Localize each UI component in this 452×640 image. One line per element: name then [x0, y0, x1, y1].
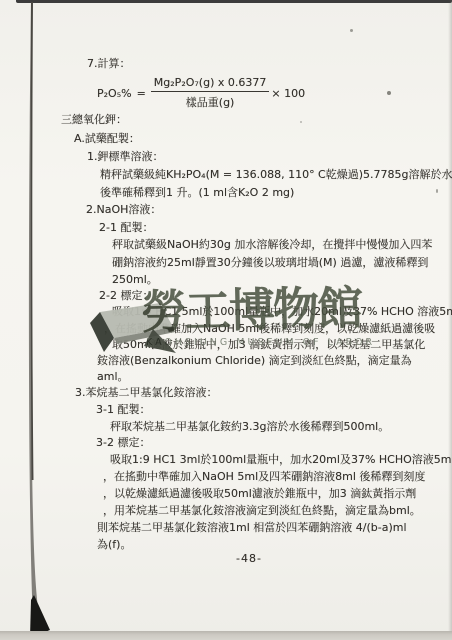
scan-speck [387, 91, 391, 95]
doc-line: 則苯烷基二甲基氯化銨溶液1ml 相當於四苯硼鈉溶液 4/(b-a)ml [97, 521, 407, 534]
heading-item3: 3.苯烷基二甲基氯化銨溶液： [75, 386, 218, 399]
scan-edge-right [448, 0, 452, 640]
doc-line: 為(f)。 [97, 538, 131, 551]
heading-reagent-preparation: A.試藥配製： [74, 132, 140, 145]
doc-line: 精秤試藥級純KH₂PO₄(M = 136.088, 110° C乾燥過)5.77… [100, 168, 452, 181]
heading-item3-1: 3-1 配製： [96, 403, 150, 416]
heading-total-potassium-oxide: 三總氧化鉀： [61, 113, 127, 126]
heading-calculation: 7.計算： [87, 57, 131, 70]
formula-numerator: Mg₂P₂O₇(g) x 0.6377 [151, 76, 270, 92]
doc-line: 秤取苯烷基二甲基氯化銨約3.3g溶於水後稀釋到500ml。 [110, 420, 389, 433]
doc-line: ，用苯烷基二甲基氯化銨溶液滴定到淡紅色終點，滴定量為bml。 [103, 504, 421, 517]
formula-fraction: Mg₂P₂O₇(g) x 0.6377 樣品重(g) [151, 76, 270, 110]
doc-line: 吸取1:9 HC1 5ml於100ml量瓶中，加水20ml及37% HCHO 溶… [112, 305, 452, 318]
doc-line: 秤取試藥級NaOH約30g 加水溶解後冷却，在攪拌中慢慢加入四苯 [112, 238, 432, 251]
scan-speck [300, 121, 302, 123]
formula-equals: = [137, 87, 146, 100]
formula-denominator: 樣品重(g) [186, 92, 235, 110]
doc-line: 250ml。 [112, 273, 158, 286]
scan-edge-bottom [0, 631, 452, 640]
heading-item1: 1.鉀標準溶液： [87, 150, 164, 163]
doc-line: 取50ml濾液於錐瓶中，加3 滴鈦黃指示劑，以苯烷基二甲基氯化 [112, 338, 425, 351]
doc-line: ，在搖動中準確加入NaOH 5ml及四苯硼鈉溶液8ml 後稀釋到刻度 [103, 470, 425, 483]
doc-line: 後準確稀釋到1 升。(1 ml含K₂O 2 mg) [100, 186, 294, 199]
scan-edge-top [16, 0, 452, 3]
formula-p2o5: P₂O₅% = Mg₂P₂O₇(g) x 0.6377 樣品重(g) × 100 [97, 76, 305, 110]
formula-lhs: P₂O₅% [97, 87, 132, 100]
scanned-document-page: 7.計算： P₂O₅% = Mg₂P₂O₇(g) x 0.6377 樣品重(g)… [0, 0, 452, 640]
doc-line: 硼鈉溶液約25ml靜置30分鐘後以玻璃坩堝(M) 過濾，濾液稀釋到 [112, 256, 428, 269]
page-binding-edge [0, 0, 70, 640]
heading-item2: 2.NaOH溶液： [86, 203, 161, 216]
formula-multiplier: × 100 [271, 87, 305, 100]
scan-speck [350, 29, 353, 32]
doc-line: ，在搖動中準確加入NaOH 5ml後稀釋到刻度，以乾燥濾紙過濾後吸 [104, 322, 435, 335]
doc-line: aml。 [97, 370, 129, 383]
page-number: -48- [236, 552, 262, 565]
heading-item3-2: 3-2 標定： [96, 436, 150, 449]
scan-speck [436, 189, 438, 193]
doc-line: 吸取1:9 HC1 3ml於100ml量瓶中，加水20ml及37% HCHO溶液… [110, 453, 452, 466]
doc-line: 銨溶液(Benzalkonium Chloride) 滴定到淡紅色終點，滴定量為 [97, 354, 412, 367]
heading-item2-2: 2-2 標定： [99, 289, 153, 302]
heading-item2-1: 2-1 配製： [99, 221, 153, 234]
doc-line: ，以乾燥濾紙過濾後吸取50ml濾液於錐瓶中，加3 滴鈦黃指示劑 [103, 487, 416, 500]
